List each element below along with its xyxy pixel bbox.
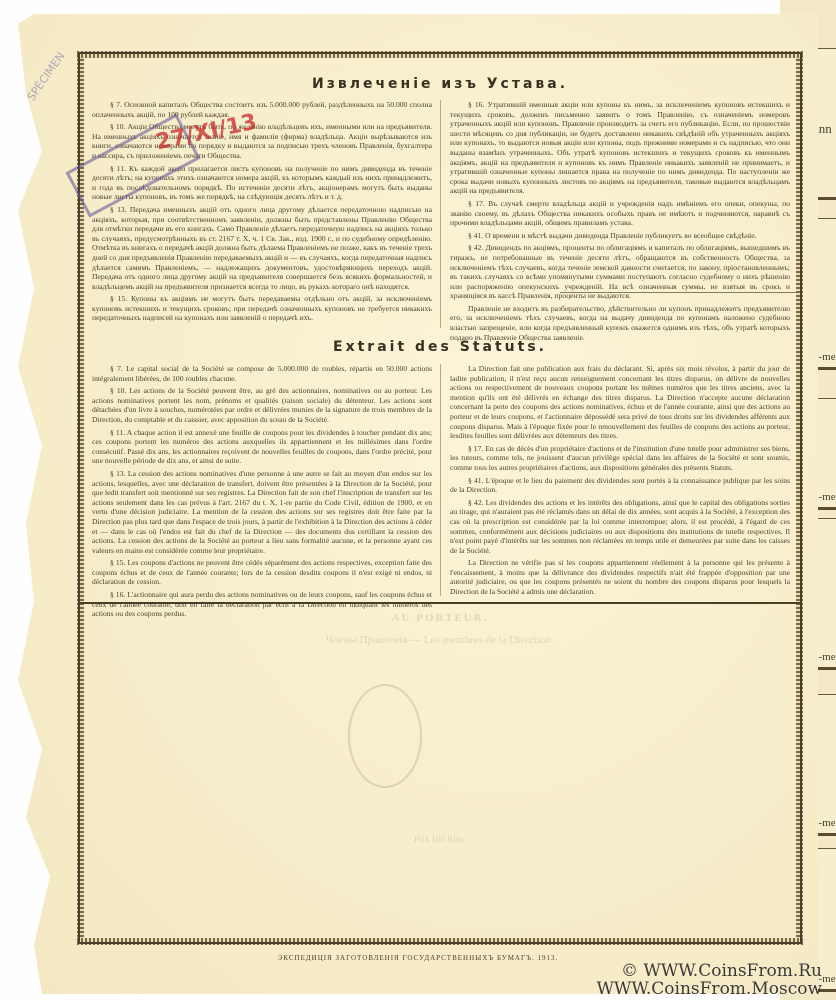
- statute-paragraph: Правленіе не входитъ въ разбирательство,…: [450, 304, 790, 342]
- french-section-title: Extrait des Statuts.: [80, 339, 800, 355]
- statute-paragraph: § 17. En cas de décès d'un propriétaire …: [450, 444, 790, 473]
- section-divider: [80, 602, 800, 604]
- statute-paragraph: § 7. Основной капиталъ Общества состоитъ…: [92, 100, 432, 119]
- statute-paragraph: § 15. Les coupons d'actions ne peuvent ê…: [92, 558, 432, 587]
- statute-paragraph: § 17. Въ случаѣ смерти владѣльца акцій и…: [450, 199, 790, 228]
- russian-right-column: § 16. Утратившій именныя акціи или купон…: [450, 100, 790, 345]
- watermark-line-1: © WWW.CoinsFrom.Ru: [621, 962, 822, 980]
- french-left-column: § 7. Le capital social de la Société se …: [92, 364, 432, 622]
- inner-frame: Извлеченіе изъ Устава. § 7. Основной кап…: [78, 52, 802, 944]
- french-right-column: La Direction fait une publication aux fr…: [450, 364, 790, 600]
- show-through-price: Prix 100 Rbls.: [80, 834, 800, 844]
- column-divider: [440, 364, 441, 596]
- statute-paragraph: § 16. Утратившій именныя акціи или купон…: [450, 100, 790, 196]
- statute-paragraph: § 15. Купоны къ акціямъ не могутъ быть п…: [92, 294, 432, 323]
- show-through-subheading: Члены Правленія — Les membres de la Dire…: [80, 634, 800, 646]
- statute-paragraph: § 10. Les actions de la Société peuvent …: [92, 386, 432, 424]
- column-divider: [440, 100, 441, 328]
- short-divider: [560, 292, 796, 293]
- statute-paragraph: § 11. A chaque action il est annexé une …: [92, 428, 432, 466]
- russian-section-title: Извлеченіе изъ Устава.: [80, 76, 800, 92]
- statute-paragraph: La Direction fait une publication aux fr…: [450, 364, 790, 441]
- statute-paragraph: § 41. О времени и мѣстѣ выдачи дивиденда…: [450, 231, 790, 241]
- watermark-line-2: WWW.CoinsFrom.Moscow: [596, 980, 822, 998]
- statute-paragraph: § 13. La cession des actions nominatives…: [92, 469, 432, 555]
- statute-paragraph: § 13. Передача именныхъ акцій отъ одного…: [92, 205, 432, 291]
- faded-seal: [348, 684, 422, 788]
- statute-paragraph: La Direction ne vérifie pas si les coupo…: [450, 558, 790, 596]
- show-through-heading: AU PORTEUR.: [80, 612, 800, 624]
- statute-paragraph: § 7. Le capital social de la Société se …: [92, 364, 432, 383]
- statute-paragraph: § 42. Les dividendes des actions et les …: [450, 498, 790, 556]
- statute-paragraph: § 41. L'époque et le lieu du paiement de…: [450, 476, 790, 495]
